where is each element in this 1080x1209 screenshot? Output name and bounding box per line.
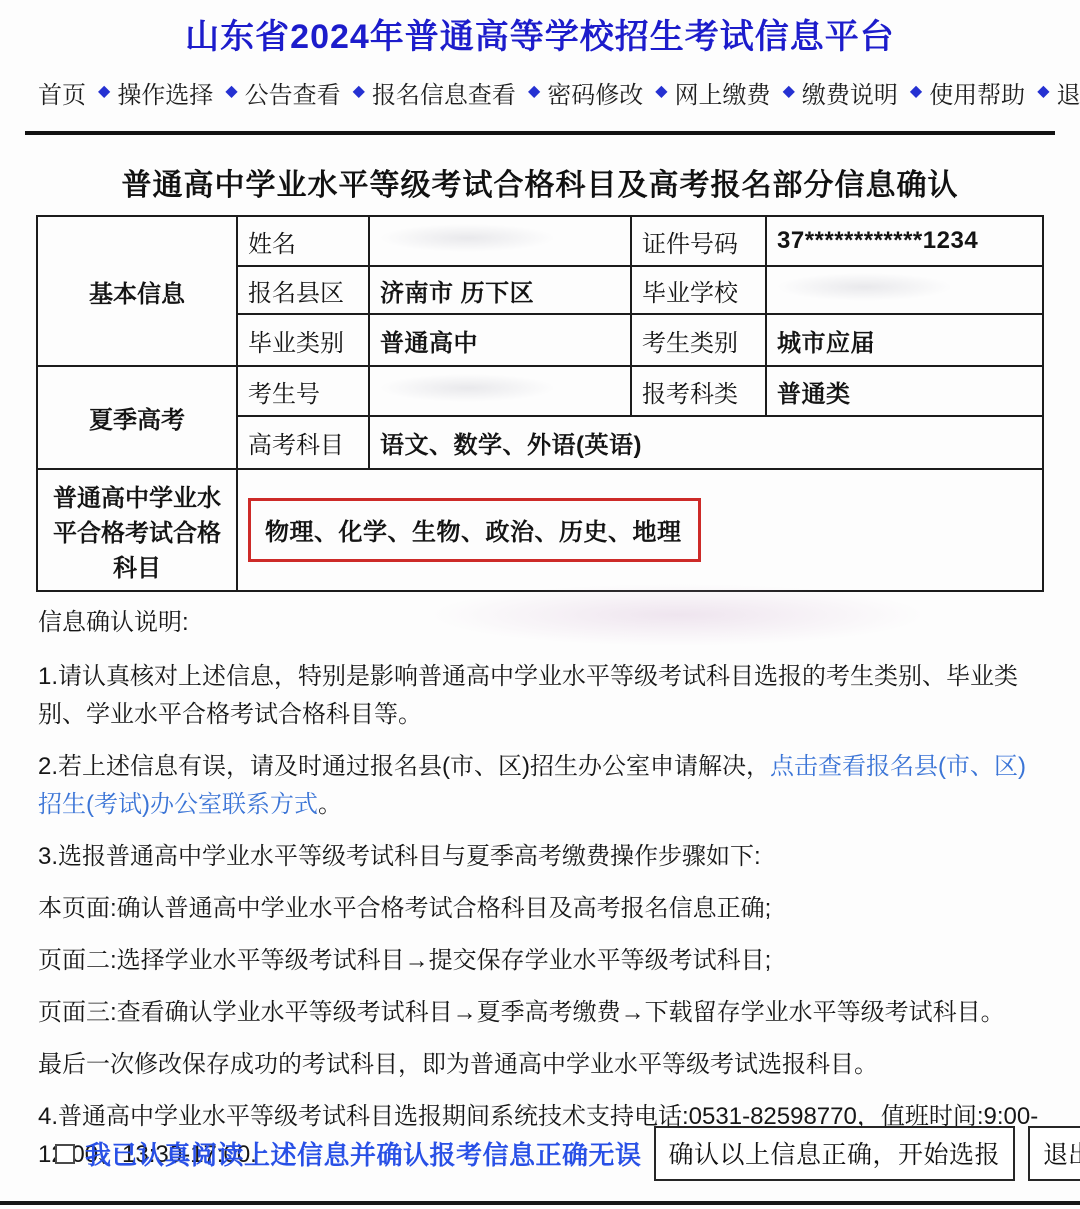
grad-type-label: 毕业类别 [237, 314, 369, 366]
candidate-number-value-cell [369, 366, 631, 416]
diamond-separator-icon: ◆ [98, 80, 110, 104]
page: 山东省2024年普通高等学校招生考试信息平台 首页 ◆ 操作选择 ◆ 公告查看 … [0, 0, 1080, 1209]
id-number-label: 证件号码 [631, 216, 766, 266]
candidate-number-label: 考生号 [237, 366, 369, 416]
school-value-cell [766, 266, 1043, 314]
diamond-separator-icon: ◆ [225, 80, 237, 104]
gaokao-subjects-value: 语文、数学、外语(英语) [369, 416, 1043, 469]
grad-type-value: 普通高中 [369, 314, 631, 366]
nav-item-user-help[interactable]: 使用帮助 [929, 75, 1025, 110]
diamond-separator-icon: ◆ [353, 80, 365, 104]
school-label: 毕业学校 [631, 266, 766, 314]
id-number-value: 37************1234 [766, 216, 1043, 266]
candidate-type-label: 考生类别 [631, 314, 766, 366]
nav-item-online-payment[interactable]: 网上缴费 [675, 75, 771, 110]
county-label: 报名县区 [237, 266, 369, 314]
nav-item-logout[interactable]: 退出 [1057, 75, 1080, 110]
confirm-table: 基本信息 姓名 证件号码 37************1234 报名县区 济南市… [36, 215, 1044, 592]
footer-divider [0, 1201, 1080, 1205]
step-this-page: 本页面:确认普通高中学业水平合格考试合格科目及高考报名信息正确; [38, 890, 1044, 928]
diamond-separator-icon: ◆ [910, 80, 922, 104]
header-divider [25, 131, 1055, 135]
step-page-3: 页面三:查看确认学业水平等级考试科目→夏季高考缴费→下载留存学业水平等级考试科目… [38, 994, 1044, 1032]
exit-button[interactable]: 退出 [1028, 1126, 1080, 1181]
confirm-table-title: 普通高中学业水平等级考试合格科目及高考报名部分信息确认 [0, 160, 1080, 204]
group-summer-gaokao: 夏季高考 [37, 366, 237, 469]
diamond-separator-icon: ◆ [1037, 80, 1049, 104]
nav-item-registration-info[interactable]: 报名信息查看 [372, 75, 516, 110]
notes-heading: 信息确认说明: [38, 604, 1044, 642]
confirm-start-button[interactable]: 确认以上信息正确，开始选报 [654, 1126, 1016, 1181]
diamond-separator-icon: ◆ [655, 80, 667, 104]
diamond-separator-icon: ◆ [783, 80, 795, 104]
redacted-candidate-number [380, 374, 555, 402]
nav-item-payment-help[interactable]: 缴费说明 [802, 75, 898, 110]
nav-bar: 首页 ◆ 操作选择 ◆ 公告查看 ◆ 报名信息查看 ◆ 密码修改 ◆ 网上缴费 … [0, 58, 1080, 110]
name-label: 姓名 [237, 216, 369, 266]
nav-item-operation-select[interactable]: 操作选择 [117, 75, 213, 110]
note-3: 3.选报普通高中学业水平等级考试科目与夏季高考缴费操作步骤如下: [38, 838, 1044, 876]
redacted-school-value [777, 273, 952, 301]
name-value-cell [369, 216, 631, 266]
subject-category-value: 普通类 [766, 366, 1043, 416]
step-page-2: 页面二:选择学业水平等级考试科目→提交保存学业水平等级考试科目; [38, 942, 1044, 980]
page-title: 山东省2024年普通高等学校招生考试信息平台 [0, 0, 1080, 58]
qualified-subjects-cell: 物理、化学、生物、政治、历史、地理 [237, 469, 1043, 591]
confirm-checkbox[interactable] [55, 1144, 75, 1164]
redacted-name-value [380, 224, 555, 252]
confirm-checkbox-label[interactable]: 我已认真阅读上述信息并确认报考信息正确无误 [85, 1135, 642, 1172]
footer-controls: 我已认真阅读上述信息并确认报考信息正确无误 确认以上信息正确，开始选报 退出 [55, 1126, 1040, 1181]
nav-item-change-password[interactable]: 密码修改 [547, 75, 643, 110]
group-basic-info: 基本信息 [37, 216, 237, 366]
note-2-text: 2.若上述信息有误，请及时通过报名县(市、区)招生办公室申请解决， [38, 753, 770, 780]
note-1: 1.请认真核对上述信息，特别是影响普通高中学业水平等级考试科目选报的考生类别、毕… [38, 658, 1044, 734]
county-value: 济南市 历下区 [369, 266, 631, 314]
note-2-period: 。 [318, 791, 342, 818]
notes-section: 信息确认说明: 1.请认真核对上述信息，特别是影响普通高中学业水平等级考试科目选… [0, 592, 1080, 1174]
nav-item-announcements[interactable]: 公告查看 [245, 75, 341, 110]
note-2: 2.若上述信息有误，请及时通过报名县(市、区)招生办公室申请解决，点击查看报名县… [38, 748, 1044, 824]
candidate-type-value: 城市应届 [766, 314, 1043, 366]
group-qualified-subjects: 普通高中学业水平合格考试合格科目 [37, 469, 237, 591]
nav-item-home[interactable]: 首页 [38, 75, 86, 110]
subject-category-label: 报考科类 [631, 366, 766, 416]
gaokao-subjects-label: 高考科目 [237, 416, 369, 469]
diamond-separator-icon: ◆ [528, 80, 540, 104]
step-final-note: 最后一次修改保存成功的考试科目，即为普通高中学业水平等级考试选报科目。 [38, 1046, 1044, 1084]
qualified-subjects-highlight-box: 物理、化学、生物、政治、历史、地理 [248, 498, 701, 562]
